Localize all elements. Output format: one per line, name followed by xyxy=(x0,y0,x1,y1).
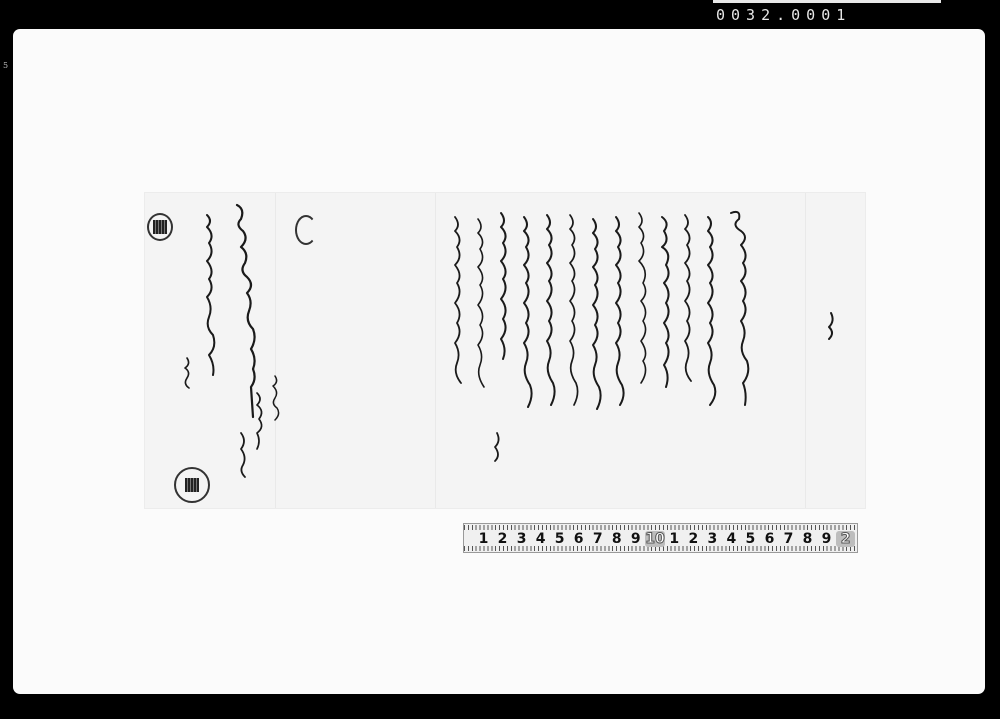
ruler-label: 8 xyxy=(798,531,817,547)
ruler-label: 5 xyxy=(550,531,569,547)
ruler-label: 9 xyxy=(626,531,645,547)
ruler-label: 3 xyxy=(703,531,722,547)
ruler-label: 4 xyxy=(531,531,550,547)
letter-document xyxy=(145,193,865,508)
film-edge-strip xyxy=(713,0,941,3)
seal-bottom-left xyxy=(174,467,210,503)
frame-counter: 0032.0001 xyxy=(716,6,851,24)
ruler-label: 2 xyxy=(493,531,512,547)
ruler-label: 6 xyxy=(760,531,779,547)
seal-glyph xyxy=(153,220,167,234)
ruler-label: 9 xyxy=(817,531,836,547)
ruler-label: 8 xyxy=(607,531,626,547)
ruler-label: 10 xyxy=(645,531,664,547)
seal-glyph xyxy=(185,478,199,492)
ruler-label: 1 xyxy=(665,531,684,547)
ruler-label: 2 xyxy=(836,531,855,547)
ruler-label: 2 xyxy=(684,531,703,547)
ruler-label: 7 xyxy=(588,531,607,547)
ruler-label: 5 xyxy=(741,531,760,547)
ruler-label: 7 xyxy=(779,531,798,547)
ruler-label: 4 xyxy=(722,531,741,547)
ruler-label: 6 xyxy=(569,531,588,547)
ruler-label: 3 xyxy=(512,531,531,547)
scale-ruler: 123456789101234567892 xyxy=(463,523,858,553)
seal-top-left xyxy=(147,213,173,241)
ruler-labels: 123456789101234567892 xyxy=(474,530,855,548)
handwriting-strokes xyxy=(145,193,865,508)
ruler-label: 1 xyxy=(474,531,493,547)
edge-mark: 5 xyxy=(3,61,8,70)
seal-mark-upper xyxy=(295,215,317,245)
